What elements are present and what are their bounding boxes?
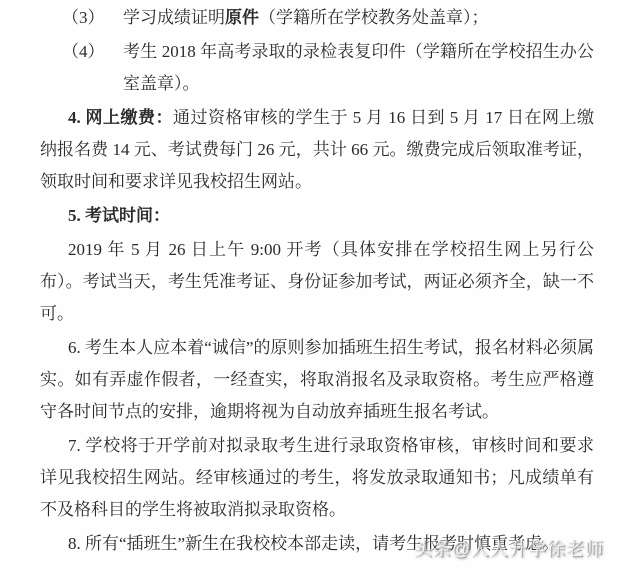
document-page: （3）学习成绩证明原件（学籍所在学校教务处盖章）；（4）考生 2018 年高考录… — [0, 0, 630, 569]
text-segment: 考生 2018 年高考录取的录检表复印件（学籍所在学校招生办公室盖章）。 — [123, 42, 594, 93]
list-item: （4）考生 2018 年高考录取的录检表复印件（学籍所在学校招生办公室盖章）。 — [40, 36, 594, 100]
paragraph: 2019 年 5 月 26 日上午 9:00 开考（具体安排在学校招生网上另行公… — [40, 234, 594, 330]
paragraph: 4. 网上缴费：通过资格审核的学生于 5 月 16 日到 5 月 17 日在网上… — [40, 102, 594, 198]
text-segment: 7. 学校将于开学前对拟录取考生进行录取资格审核，审核时间和要求详见我校招生网站… — [40, 436, 594, 519]
list-marker: （3） — [62, 2, 123, 34]
paragraph: 5. 考试时间： — [40, 200, 594, 232]
list-item: （3）学习成绩证明原件（学籍所在学校教务处盖章）； — [40, 2, 594, 34]
paragraph: 6. 考生本人应本着“诚信”的原则参加插班生招生考试，报名材料必须属实。如有弄虚… — [40, 332, 594, 428]
text-segment: （学籍所在学校教务处盖章）； — [259, 8, 489, 27]
text-segment: 5. 考试时间： — [68, 206, 170, 225]
document-body: （3）学习成绩证明原件（学籍所在学校教务处盖章）；（4）考生 2018 年高考录… — [40, 2, 594, 562]
text-segment: 6. 考生本人应本着“诚信”的原则参加插班生招生考试，报名材料必须属实。如有弄虚… — [40, 338, 594, 421]
paragraph: 7. 学校将于开学前对拟录取考生进行录取资格审核，审核时间和要求详见我校招生网站… — [40, 430, 594, 526]
text-segment: 4. 网上缴费： — [68, 108, 173, 127]
text-segment: 原件 — [225, 8, 259, 27]
toutiao-watermark: 头条@人人升学徐老师 — [414, 535, 604, 561]
text-segment: 2019 年 5 月 26 日上午 9:00 开考（具体安排在学校招生网上另行公… — [40, 240, 594, 323]
list-marker: （4） — [62, 36, 123, 68]
text-segment: 学习成绩证明 — [123, 8, 225, 27]
